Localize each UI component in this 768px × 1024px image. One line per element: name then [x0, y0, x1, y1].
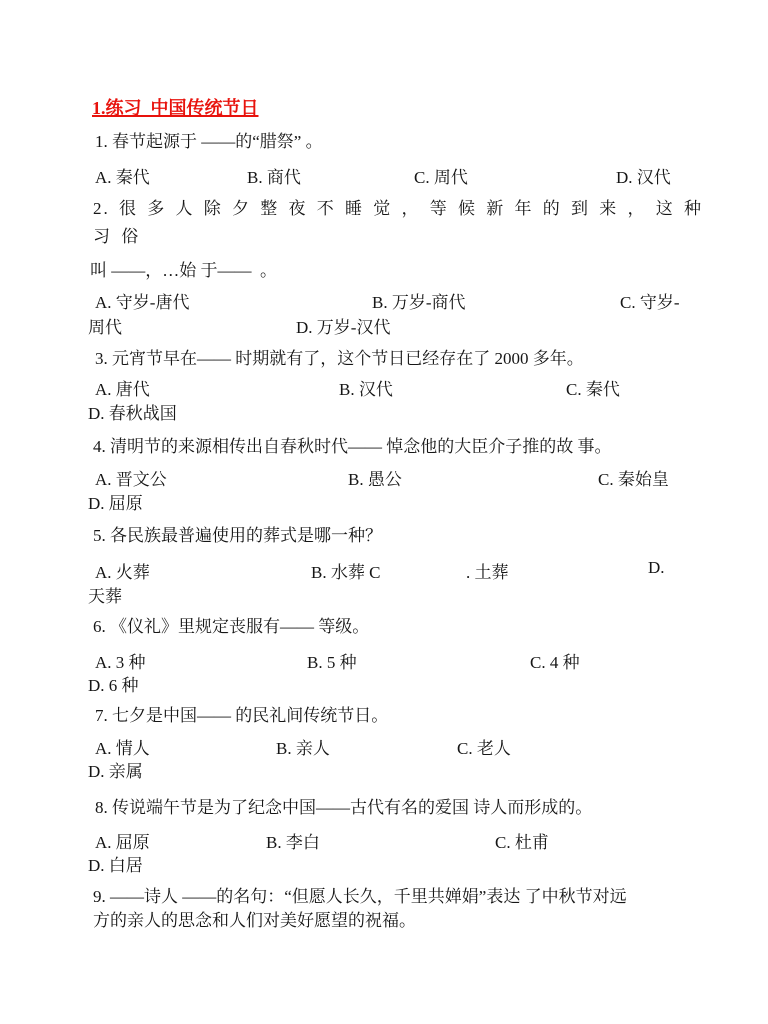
question-4-option-a: A. 晋文公	[95, 465, 167, 490]
question-2-option-c-part-1: C. 守岁-	[620, 288, 680, 313]
question-6-options-row-2: D. 6 种	[0, 671, 768, 699]
question-3-text: 3. 元宵节早在—— 时期就有了，这个节日已经存在了 2000 多年。	[0, 344, 768, 372]
question-2-option-d: D. 万岁-汉代	[296, 313, 390, 338]
question-4-option-b: B. 愚公	[348, 465, 402, 490]
question-8-option-b: B. 李白	[266, 828, 320, 853]
question-1-option-a: A. 秦代	[95, 163, 150, 188]
question-2-text-line-2: 习 俗	[0, 222, 768, 250]
question-5-text: 5. 各民族最普遍使用的葬式是哪一种？	[0, 521, 768, 549]
question-4-text: 4. 清明节的来源相传出自春秋时代—— 悼念他的大臣介子推的故 事。	[0, 432, 768, 460]
question-2-text-content-2: 习 俗	[93, 222, 140, 247]
question-6-option-a: A. 3 种	[95, 648, 146, 673]
question-8-option-d: D. 白居	[88, 851, 143, 876]
question-5-option-b-and-c-label: B. 水葬 C	[311, 558, 380, 583]
question-8-text: 8. 传说端午节是为了纪念中国——古代有名的爱国 诗人而形成的。	[0, 793, 768, 821]
question-4-option-d: D. 屈原	[88, 489, 143, 514]
question-2-text-line-1: 2. 很 多 人 除 夕 整 夜 不 睡 觉 ， 等 候 新 年 的 到 来 ，…	[0, 194, 768, 222]
question-7-option-a: A. 情人	[95, 734, 150, 759]
title-row: 1.练习 中国传统节日	[0, 94, 768, 122]
question-1-option-c: C. 周代	[414, 163, 468, 188]
question-1-option-b: B. 商代	[247, 163, 301, 188]
question-1-text: 1. 春节起源于 ——的“腊祭” 。	[0, 127, 768, 155]
question-6-option-c: C. 4 种	[530, 648, 580, 673]
question-2-option-b: B. 万岁-商代	[372, 288, 466, 313]
question-4-option-c: C. 秦始皇	[598, 465, 669, 490]
question-3-option-d: D. 春秋战国	[88, 399, 177, 424]
question-3-options-row-2: D. 春秋战国	[0, 399, 768, 427]
question-3-option-a: A. 唐代	[95, 375, 150, 400]
question-6-text: 6. 《仪礼》里规定丧服有—— 等级。	[0, 612, 768, 640]
question-2-option-a: A. 守岁-唐代	[95, 288, 189, 313]
question-3-option-b: B. 汉代	[339, 375, 393, 400]
question-8-option-c: C. 杜甫	[495, 828, 549, 853]
question-1-text-content: 1. 春节起源于 ——的“腊祭” 。	[95, 127, 323, 152]
question-2-text-content-3: 叫 ——，…始 于—— 。	[90, 256, 277, 281]
question-9-text-content-1: 9. ——诗人 ——的名句：“但愿人长久，千里共婵娟”表达 了中秋节对远	[93, 882, 627, 907]
question-5-option-d-label: D.	[648, 558, 665, 578]
question-8-text-content: 8. 传说端午节是为了纪念中国——古代有名的爱国 诗人而形成的。	[95, 793, 592, 818]
question-5-options-row-2: 天葬	[0, 582, 768, 610]
question-5-text-content: 5. 各民族最普遍使用的葬式是哪一种？	[93, 521, 382, 546]
question-1-options-row: A. 秦代 B. 商代 C. 周代 D. 汉代	[0, 163, 768, 191]
question-1-option-d: D. 汉代	[616, 163, 671, 188]
question-2-options-row-1: A. 守岁-唐代 B. 万岁-商代 C. 守岁-	[0, 288, 768, 316]
question-7-text-content: 7. 七夕是中国—— 的民礼间传统节日。	[95, 701, 388, 726]
document-page: 1.练习 中国传统节日 1. 春节起源于 ——的“腊祭” 。 A. 秦代 B. …	[0, 0, 768, 1024]
question-6-option-b: B. 5 种	[307, 648, 357, 673]
question-7-option-d: D. 亲属	[88, 757, 143, 782]
question-8-options-row-2: D. 白居	[0, 851, 768, 879]
question-5-option-c-text: . 土葬	[466, 558, 509, 583]
question-7-option-c: C. 老人	[457, 734, 511, 759]
question-9-text-content-2: 方的亲人的思念和人们对美好愿望的祝福。	[93, 906, 416, 931]
question-5-option-a: A. 火葬	[95, 558, 150, 583]
question-2-options-row-2: 周代 D. 万岁-汉代	[0, 313, 768, 341]
question-6-text-content: 6. 《仪礼》里规定丧服有—— 等级。	[93, 612, 369, 637]
question-6-option-d: D. 6 种	[88, 671, 139, 696]
question-7-options-row-2: D. 亲属	[0, 757, 768, 785]
question-2-text-line-3: 叫 ——，…始 于—— 。	[0, 256, 768, 284]
exercise-title: 1.练习 中国传统节日	[92, 94, 259, 120]
question-3-option-c: C. 秦代	[566, 375, 620, 400]
question-4-options-row-2: D. 屈原	[0, 489, 768, 517]
question-8-option-a: A. 屈原	[95, 828, 150, 853]
question-2-text-content-1: 2. 很 多 人 除 夕 整 夜 不 睡 觉 ， 等 候 新 年 的 到 来 ，…	[93, 194, 703, 219]
question-7-text: 7. 七夕是中国—— 的民礼间传统节日。	[0, 701, 768, 729]
question-3-text-content: 3. 元宵节早在—— 时期就有了，这个节日已经存在了 2000 多年。	[95, 344, 584, 369]
question-4-text-content: 4. 清明节的来源相传出自春秋时代—— 悼念他的大臣介子推的故 事。	[93, 432, 612, 457]
question-7-option-b: B. 亲人	[276, 734, 330, 759]
question-2-option-c-part-2: 周代	[88, 313, 122, 338]
question-5-option-d-text: 天葬	[88, 582, 122, 607]
question-9-text-line-2: 方的亲人的思念和人们对美好愿望的祝福。	[0, 906, 768, 934]
